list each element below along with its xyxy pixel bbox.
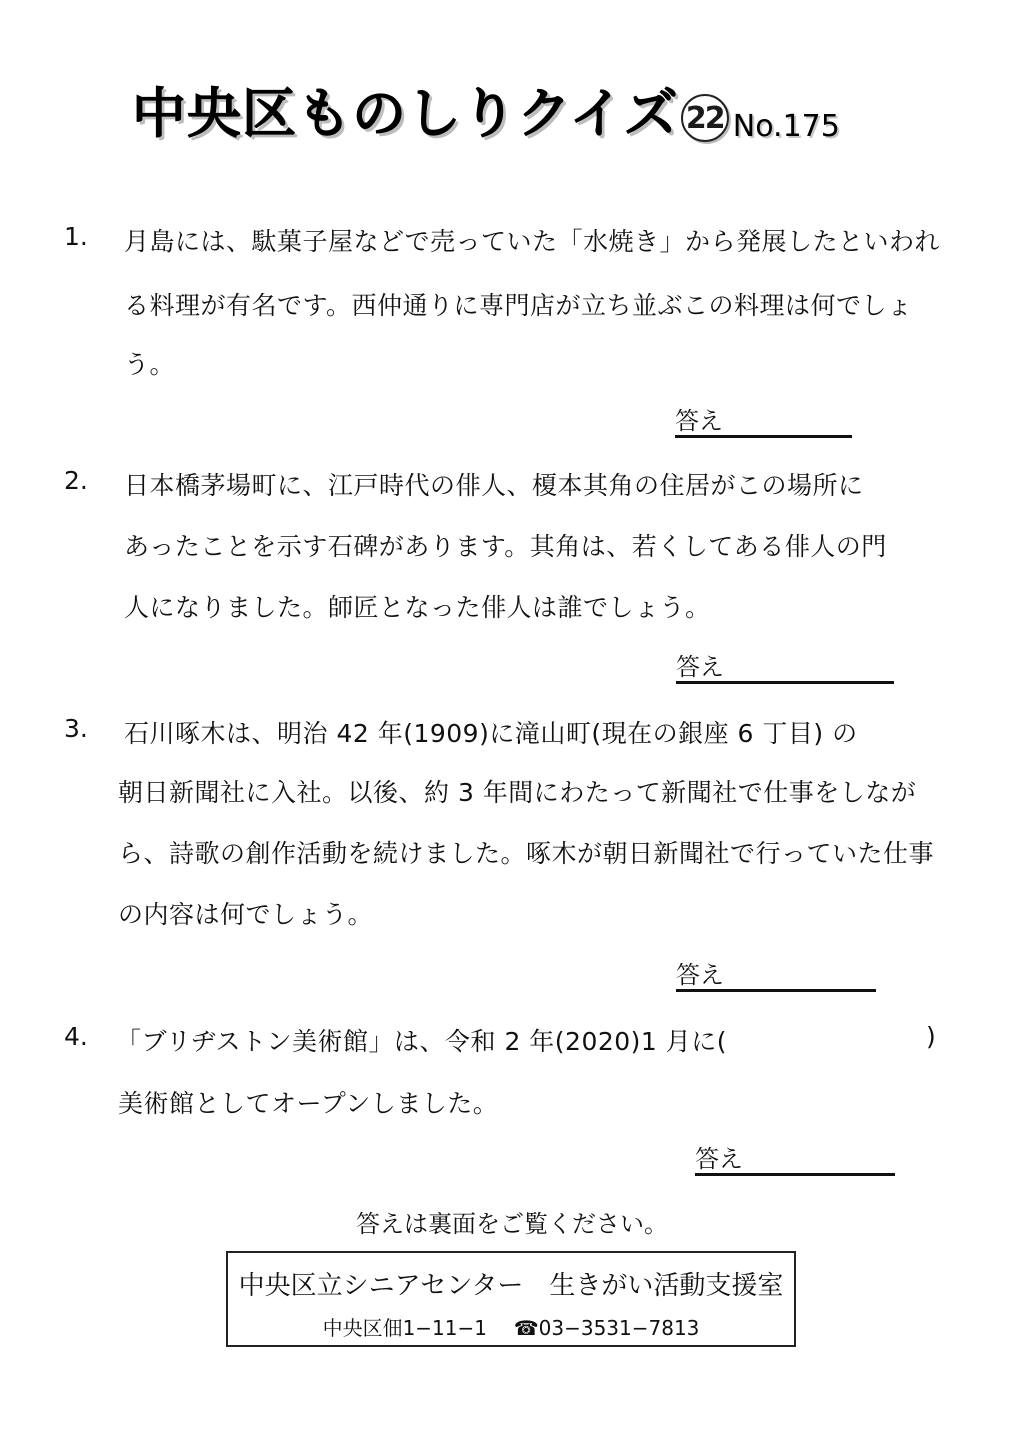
question-text-line: 人になりました。師匠となった俳人は誰でしょう。 [124,588,711,624]
contact-box: 中央区立シニアセンター 生きがい活動支援室 中央区佃1−11−1 ☎03−353… [226,1251,796,1347]
phone-icon: ☎ [514,1316,539,1340]
question-text-line: の内容は何でしょう。 [118,895,373,931]
answer-field[interactable]: 答え [675,406,852,438]
answer-field[interactable]: 答え [676,960,876,992]
question-text-line: 朝日新聞社に入社。以後、約 3 年間にわたって新聞社で仕事をしなが [118,773,916,809]
phone-number: 03−3531−7813 [539,1316,700,1340]
address: 中央区佃1−11−1 [323,1316,487,1340]
title-main: 中央区ものしりクイズ [132,71,679,148]
answer-label: 答え [695,1145,743,1173]
answer-field[interactable]: 答え [676,652,894,684]
answer-label: 答え [676,653,724,681]
contact-line: 中央区佃1−11−1 ☎03−3531−7813 [228,1312,794,1341]
blank-close-paren: ) [926,1022,936,1051]
question-text-line: る料理が有名です。西仲通りに専門店が立ち並ぶこの料理は何でしょ [124,286,913,322]
issue-number: No.175 [733,109,840,144]
question-text-line: 月島には、駄菓子屋などで売っていた「水焼き」から発展したといわれ [124,222,940,258]
answer-label: 答え [675,407,723,435]
question-text-line: 石川啄木は、明治 42 年(1909)に滝山町(現在の銀座 6 丁目) の [124,714,858,750]
question-number: 3. [64,714,88,743]
answers-on-back-note: 答えは裏面をご覧ください。 [0,1204,1024,1239]
answer-label: 答え [676,961,724,989]
answer-field[interactable]: 答え [695,1144,895,1176]
question-number: 4. [64,1022,88,1051]
question-text-line: ら、詩歌の創作活動を続けました。啄木が朝日新聞社で行っていた仕事 [118,834,934,870]
circled-number: 22 [681,94,729,142]
question-number: 2. [64,466,88,495]
question-text-line: う。 [124,345,175,381]
organization-name: 中央区立シニアセンター 生きがい活動支援室 [228,1265,794,1302]
question-number: 1. [64,222,88,251]
question-text-line: 「ブリヂストン美術館」は、令和 2 年(2020)1 月に( [116,1022,727,1058]
question-text-line: あったことを示す石碑があります。其角は、若くしてある俳人の門 [124,527,887,563]
question-text-line: 美術館としてオープンしました。 [118,1084,498,1120]
question-text-line: 日本橋茅場町に、江戸時代の俳人、榎本其角の住居がこの場所に [124,466,864,502]
page-title: 中央区ものしりクイズ 22 No.175 [132,78,840,148]
